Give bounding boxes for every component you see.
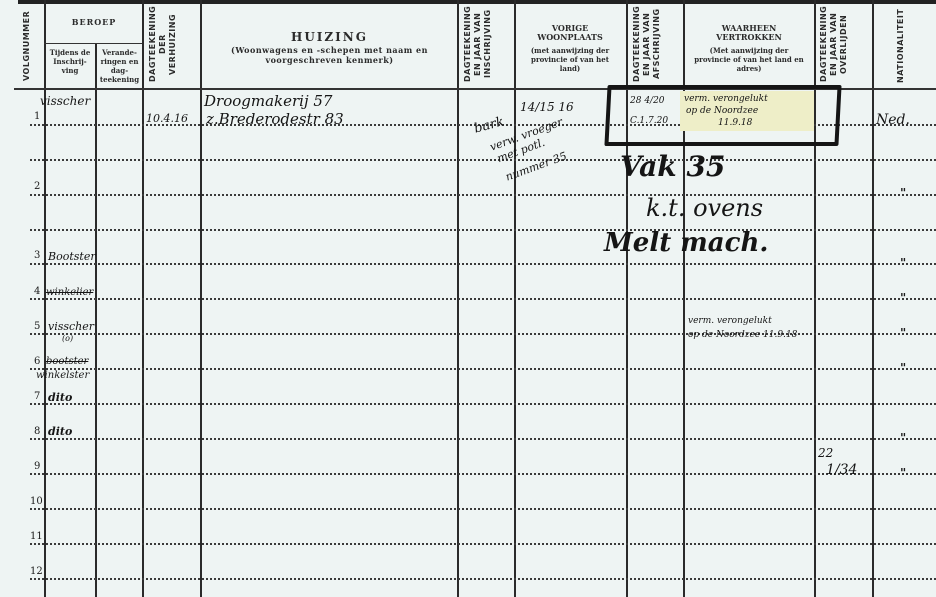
ditto-mark: " <box>900 186 906 200</box>
header-dagteekening-overlijden: DAGTEEKENING EN JAAR VAN OVERLIJDEN <box>819 4 865 84</box>
header-dagteekening-verhuizing: DAGTEEKENING DER VERHUIZING <box>148 4 192 84</box>
row-line <box>30 263 936 265</box>
row4-beroep: winkelier <box>46 287 93 298</box>
row1-afschrijving-2: C.1.7.20 <box>630 116 668 126</box>
header-huizing: HUIZING <box>202 30 457 44</box>
row-number: 12 <box>30 566 43 577</box>
header-huizing-sub: (Woonwagens en -schepen met naam en voor… <box>222 45 437 65</box>
row1-waarheen-line2: op de Noordzee <box>686 106 758 116</box>
ditto-mark: " <box>900 431 906 445</box>
row1-waarheen-line3: 11.9.18 <box>718 118 752 128</box>
row-line <box>30 473 936 475</box>
row5-beroep: visscher <box>48 320 94 333</box>
row1-waarheen-line1: verm. verongelukt <box>684 94 768 104</box>
row6-beroep: winkelster <box>36 370 89 381</box>
row-line <box>30 543 936 545</box>
row9-overlijden-bottom: 1/34 <box>826 462 857 478</box>
annotation-line3: Melt mach. <box>604 228 768 258</box>
row-number: 11 <box>30 531 43 542</box>
row-number: 8 <box>34 426 40 437</box>
row-number: 4 <box>34 286 40 297</box>
row-line <box>30 368 936 370</box>
register-page: VOLGNUMMER BEROEP Tijdens de Inschrij-vi… <box>0 0 936 597</box>
row9-overlijden-top: 22 <box>818 446 833 460</box>
row-line <box>30 438 936 440</box>
annotation-vak: Vak 35 <box>620 150 725 183</box>
row-line <box>30 229 936 231</box>
row3-beroep: Bootster <box>48 250 96 263</box>
row1-nationaliteit: Ned. <box>876 112 910 128</box>
header-nationaliteit: NATIONALITEIT <box>896 8 910 84</box>
header-vorige-sub: (met aanwijzing der provincie of van het… <box>524 46 616 73</box>
header-dagteekening-afschrijving: DAGTEEKENING EN JAAR VAN AFSCHRIJVING <box>632 4 678 84</box>
row8-beroep: dito <box>48 425 72 438</box>
row6-beroep-struck: bootster <box>46 356 88 367</box>
ditto-mark: " <box>900 466 906 480</box>
row-number: 1 <box>34 111 40 122</box>
row-number: 3 <box>34 250 40 261</box>
ditto-mark: " <box>900 361 906 375</box>
header-beroep-veranderingen: Verande-ringen en dag-teekening <box>97 48 142 84</box>
ditto-mark: " <box>900 291 906 305</box>
header-waarheen-sub: (Met aanwijzing der provincie of van het… <box>692 46 806 73</box>
row-number: 10 <box>30 496 43 507</box>
header-vorige-woonplaats: VORIGE WOONPLAATS <box>524 24 616 42</box>
row1-date: 10.4.16 <box>146 112 188 125</box>
row-number: 6 <box>34 356 40 367</box>
row1-address-line1: Droogmakerij 57 <box>204 92 332 110</box>
row1-address-line2: z.Brederodestr 83 <box>206 110 344 128</box>
header-dagteekening-inschrijving: DAGTEEKENING EN JAAR VAN INSCHRIJVING <box>463 4 509 84</box>
row5-beroep-sub: (o) <box>62 334 73 343</box>
header-volgnummer: VOLGNUMMER <box>22 8 38 84</box>
row-number: 7 <box>34 391 40 402</box>
row1-vorige-line1: bark <box>473 114 506 136</box>
row-line <box>30 298 936 300</box>
row5-waarheen-line1: verm. verongelukt <box>688 316 772 326</box>
row-line <box>30 578 936 580</box>
row7-beroep: dito <box>48 391 72 404</box>
annotation-line2: k.t. ovens <box>646 194 763 222</box>
header-beroep: BEROEP <box>46 18 142 27</box>
row-number: 2 <box>34 181 40 192</box>
row-line <box>30 194 936 196</box>
row-line <box>30 403 936 405</box>
row-line <box>30 508 936 510</box>
row1-afschrijving-1: 28 4/20 <box>630 96 665 106</box>
row-number: 5 <box>34 321 40 332</box>
header-beroep-tijdens: Tijdens de Inschrij-ving <box>46 48 94 75</box>
row5-waarheen-line2: op de Noordzee 11.9.18 <box>688 330 797 340</box>
row-line <box>30 333 936 335</box>
row-number: 9 <box>34 461 40 472</box>
header-waarheen-vertrokken: WAARHEEN VERTROKKEN <box>692 24 806 42</box>
row1-vorige-date: 14/15 16 <box>520 100 574 114</box>
row-line <box>30 159 936 161</box>
beroep-subdivider <box>44 43 142 44</box>
row1-beroep: visscher <box>40 94 90 108</box>
col-divider <box>95 44 97 597</box>
ditto-mark: " <box>900 326 906 340</box>
ditto-mark: " <box>900 256 906 270</box>
